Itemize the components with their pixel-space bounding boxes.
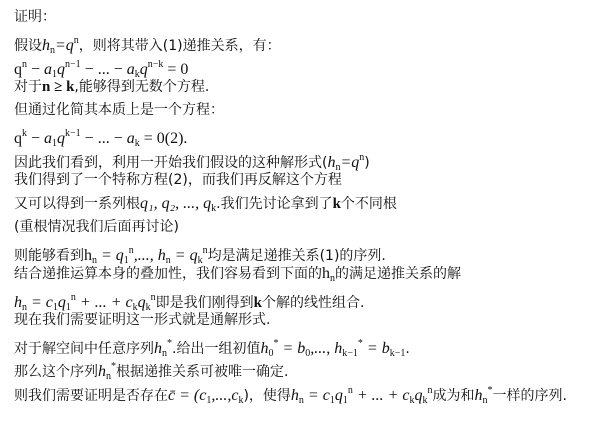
math: + ... + c xyxy=(353,387,410,404)
line-simplify: 但通过化简其本质上是一个方程： xyxy=(14,99,600,122)
line-characteristic: 我们得到了一个特称方程(2)，而我们再反解这个方程 xyxy=(14,169,600,192)
proof-document: 证明： 假设hn=qn，则将其带入(1)递推关系，有： qn − a1qn−1 … xyxy=(14,6,600,402)
math: q xyxy=(335,387,343,404)
line-assumption: 假设hn=qn，则将其带入(1)递推关系，有： xyxy=(14,29,600,52)
text: . xyxy=(405,341,409,357)
math: =q xyxy=(55,37,74,54)
text: .我们先讨论拿到了 xyxy=(216,196,332,212)
text: 成为和 xyxy=(433,388,475,404)
math: n ≥ k xyxy=(42,79,74,95)
math: ,..., h xyxy=(310,340,342,357)
math: = c xyxy=(304,387,330,404)
math-sub: 1 xyxy=(343,395,348,406)
proof-heading: 证明： xyxy=(14,6,600,29)
line-repeated-roots: (重根情况我们后面再讨论) xyxy=(14,216,600,239)
math: ,...,c xyxy=(211,387,238,404)
math: h xyxy=(98,363,106,380)
line-n-ge-k: 对于n ≥ k,能够得到无数个方程. xyxy=(14,76,600,99)
text: 结合递推运算本身的叠加性，我们容易看到下面的 xyxy=(14,266,322,282)
math: k xyxy=(333,196,341,212)
math: h xyxy=(322,265,330,282)
text: 个解的线性组合. xyxy=(262,295,364,311)
math: h xyxy=(291,387,299,404)
equation-1: qn − a1qn−1 − ... − akqn−k = 0 xyxy=(14,53,600,76)
line-sequences: 则能够看到hn = q1n,..., hn = qkn均是满足递推关系(1)的序… xyxy=(14,239,600,262)
math: h xyxy=(42,37,50,54)
line-therefore: 因此我们看到，利用一开始我们假设的这种解形式(hn=qn) xyxy=(14,146,600,169)
math: = (c xyxy=(175,387,206,404)
math: q xyxy=(415,387,423,404)
text: 假设 xyxy=(14,38,42,54)
line-initial-values: 对于解空间中任意序列hn*.给出一组初值h0* = b0,..., hk−1* … xyxy=(14,332,600,355)
text: 则我们需要证明是否存在 xyxy=(14,388,168,404)
text: 的满足递推关系的解 xyxy=(335,266,461,282)
math: = b xyxy=(363,340,390,357)
math-sub: k xyxy=(423,395,428,406)
line-linear-combination: hn = c1q1n + ... + ckqkn即是我们刚得到k个解的线性组合. xyxy=(14,286,600,309)
line-roots: 又可以得到一系列根q₁, q₂, ..., qk.我们先讨论拿到了k个不同根 xyxy=(14,192,600,215)
math-sub: k−1 xyxy=(342,348,358,359)
math: q₁, q₂, ..., q xyxy=(140,195,211,212)
line-superposition: 结合递推运算本身的叠加性，我们容易看到下面的hn的满足递推关系的解 xyxy=(14,262,600,285)
text: 对于 xyxy=(14,79,42,95)
text: )，使得 xyxy=(243,388,290,404)
text: 个不同根 xyxy=(341,196,397,212)
math: =q xyxy=(340,154,359,171)
math-sub: k−1 xyxy=(390,348,406,359)
text: ,能够得到无数个方程. xyxy=(74,79,209,95)
line-existence: 则我们需要证明是否存在c̄ = (c1,...,ck)，使得hn = c1q1n… xyxy=(14,379,600,402)
text: 一样的序列. xyxy=(493,388,567,404)
text: 又可以得到一系列根 xyxy=(14,196,140,212)
line-general-solution: 现在我们需要证明这一形式就是通解形式. xyxy=(14,309,600,332)
text: ，则将其带入(1)递推关系，有： xyxy=(79,38,281,54)
equation-2: qk − a1qk−1 − ... − ak = 0(2). xyxy=(14,122,600,145)
math-sub: n xyxy=(483,395,488,406)
text: ) xyxy=(364,155,369,171)
math: h xyxy=(475,387,483,404)
